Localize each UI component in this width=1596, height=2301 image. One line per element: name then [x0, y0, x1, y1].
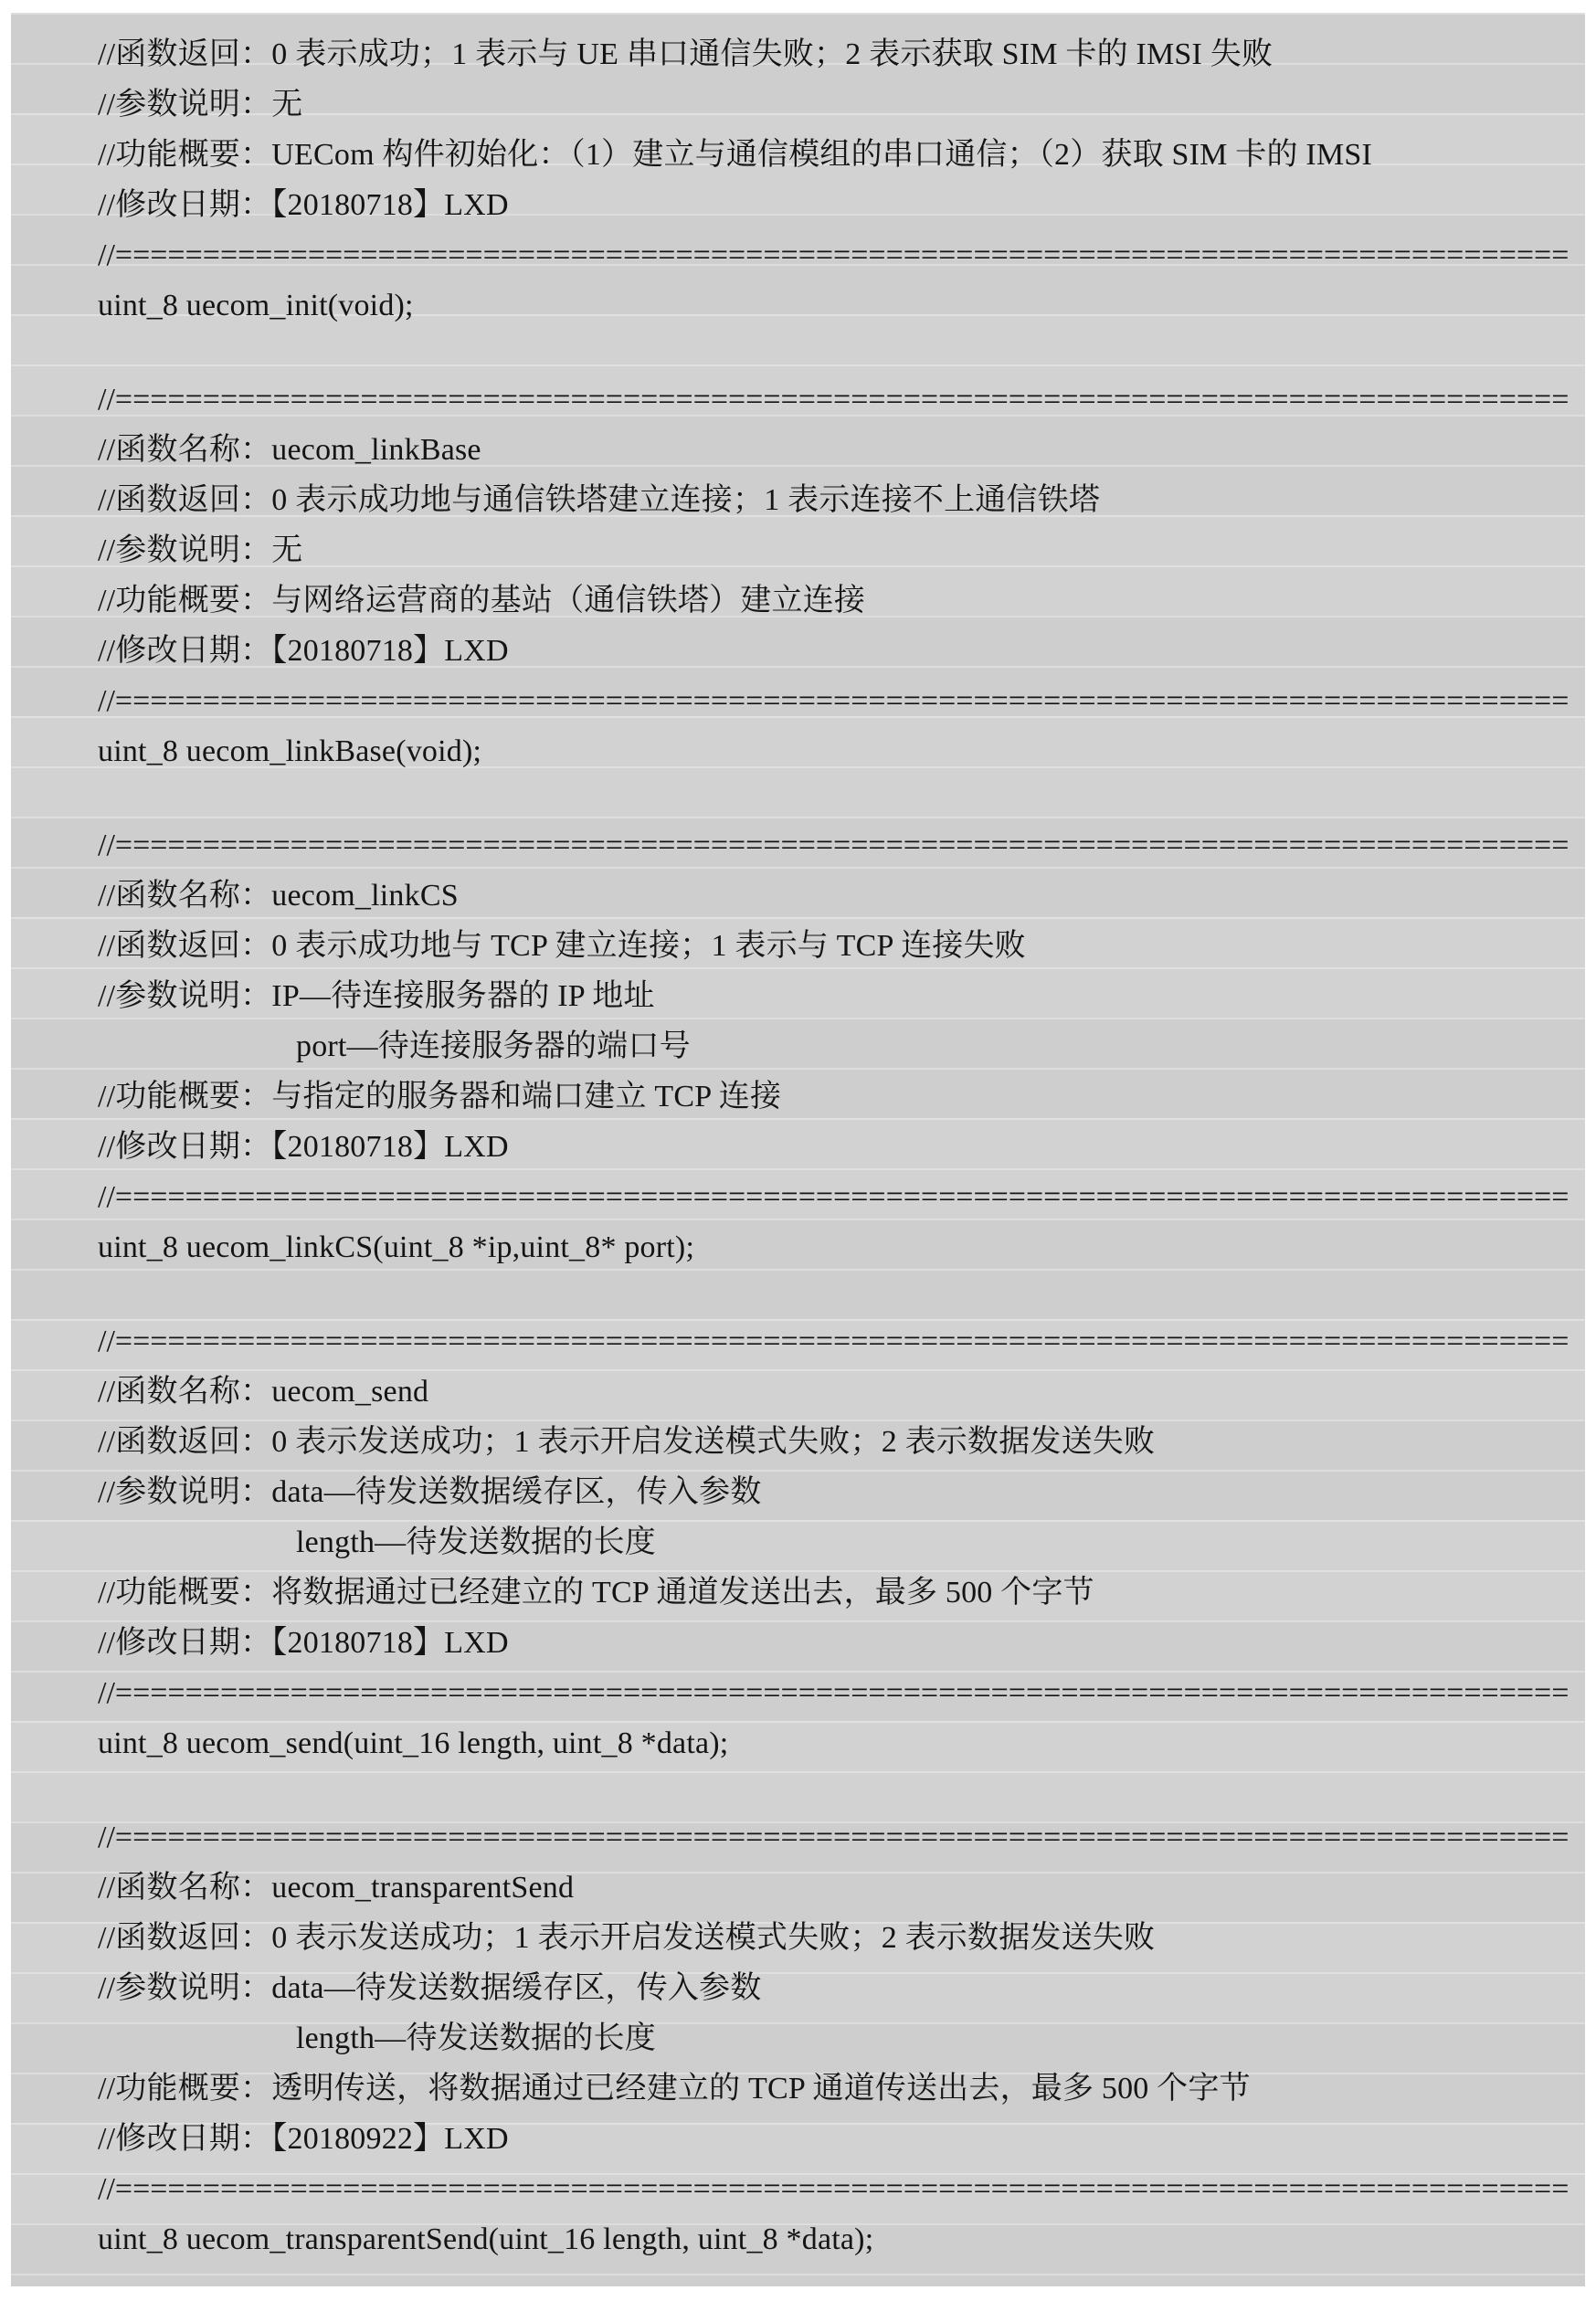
- comment-line: //参数说明：无: [98, 79, 1567, 130]
- comment-line: //参数说明：无: [98, 525, 1567, 575]
- comment-line: //修改日期：【20180718】LXD: [98, 1618, 1567, 1668]
- comment-line: //函数返回：0 表示发送成功；1 表示开启发送模式失败；2 表示数据发送失败: [98, 1417, 1567, 1467]
- comment-line: //修改日期：【20180922】LXD: [98, 2114, 1567, 2164]
- comment-line: //函数返回：0 表示成功地与通信铁塔建立连接；1 表示连接不上通信铁塔: [98, 475, 1567, 525]
- separator-line: //======================================…: [98, 1172, 1567, 1222]
- comment-line: //功能概要：与网络运营商的基站（通信铁塔）建立连接: [98, 575, 1567, 626]
- comment-continuation-line: port—待连接服务器的端口号: [98, 1021, 1567, 1071]
- blank-line: [98, 331, 1567, 375]
- comment-line: //修改日期：【20180718】LXD: [98, 626, 1567, 676]
- code-declaration-line: uint_8 uecom_init(void);: [98, 280, 1567, 331]
- code-listing: //函数返回：0 表示成功；1 表示与 UE 串口通信失败；2 表示获取 SIM…: [98, 29, 1567, 2264]
- comment-line: //函数返回：0 表示发送成功；1 表示开启发送模式失败；2 表示数据发送失败: [98, 1913, 1567, 1963]
- comment-line: //函数返回：0 表示成功；1 表示与 UE 串口通信失败；2 表示获取 SIM…: [98, 29, 1567, 79]
- comment-line: //修改日期：【20180718】LXD: [98, 180, 1567, 230]
- comment-line: //功能概要：将数据通过已经建立的 TCP 通道发送出去，最多 500 个字节: [98, 1567, 1567, 1618]
- comment-line: //函数名称：uecom_linkBase: [98, 425, 1567, 475]
- comment-line: //函数名称：uecom_send: [98, 1367, 1567, 1417]
- separator-line: //======================================…: [98, 1316, 1567, 1367]
- comment-line: //函数名称：uecom_linkCS: [98, 871, 1567, 921]
- comment-continuation-line: length—待发送数据的长度: [98, 2013, 1567, 2064]
- blank-line: [98, 1768, 1567, 1812]
- separator-line: //======================================…: [98, 676, 1567, 726]
- code-declaration-line: uint_8 uecom_send(uint_16 length, uint_8…: [98, 1718, 1567, 1768]
- comment-line: //参数说明：IP—待连接服务器的 IP 地址: [98, 971, 1567, 1021]
- comment-line: //参数说明：data—待发送数据缓存区，传入参数: [98, 1963, 1567, 2013]
- comment-line: //参数说明：data—待发送数据缓存区，传入参数: [98, 1467, 1567, 1517]
- separator-line: //======================================…: [98, 1668, 1567, 1718]
- blank-line: [98, 776, 1567, 820]
- comment-line: //功能概要：UECom 构件初始化：（1）建立与通信模组的串口通信；（2）获取…: [98, 130, 1567, 180]
- comment-line: //功能概要：透明传送，将数据通过已经建立的 TCP 通道传送出去，最多 500…: [98, 2064, 1567, 2114]
- comment-line: //函数返回：0 表示成功地与 TCP 建立连接；1 表示与 TCP 连接失败: [98, 921, 1567, 971]
- code-declaration-line: uint_8 uecom_transparentSend(uint_16 len…: [98, 2214, 1567, 2264]
- separator-line: //======================================…: [98, 820, 1567, 871]
- blank-line: [98, 1272, 1567, 1316]
- separator-line: //======================================…: [98, 375, 1567, 425]
- code-declaration-line: uint_8 uecom_linkBase(void);: [98, 726, 1567, 776]
- separator-line: //======================================…: [98, 230, 1567, 280]
- document-page: //函数返回：0 表示成功；1 表示与 UE 串口通信失败；2 表示获取 SIM…: [11, 13, 1585, 2286]
- comment-line: //修改日期：【20180718】LXD: [98, 1122, 1567, 1172]
- code-declaration-line: uint_8 uecom_linkCS(uint_8 *ip,uint_8* p…: [98, 1222, 1567, 1272]
- separator-line: //======================================…: [98, 1812, 1567, 1863]
- separator-line: //======================================…: [98, 2164, 1567, 2214]
- comment-continuation-line: length—待发送数据的长度: [98, 1517, 1567, 1567]
- comment-line: //功能概要：与指定的服务器和端口建立 TCP 连接: [98, 1071, 1567, 1122]
- comment-line: //函数名称：uecom_transparentSend: [98, 1863, 1567, 1913]
